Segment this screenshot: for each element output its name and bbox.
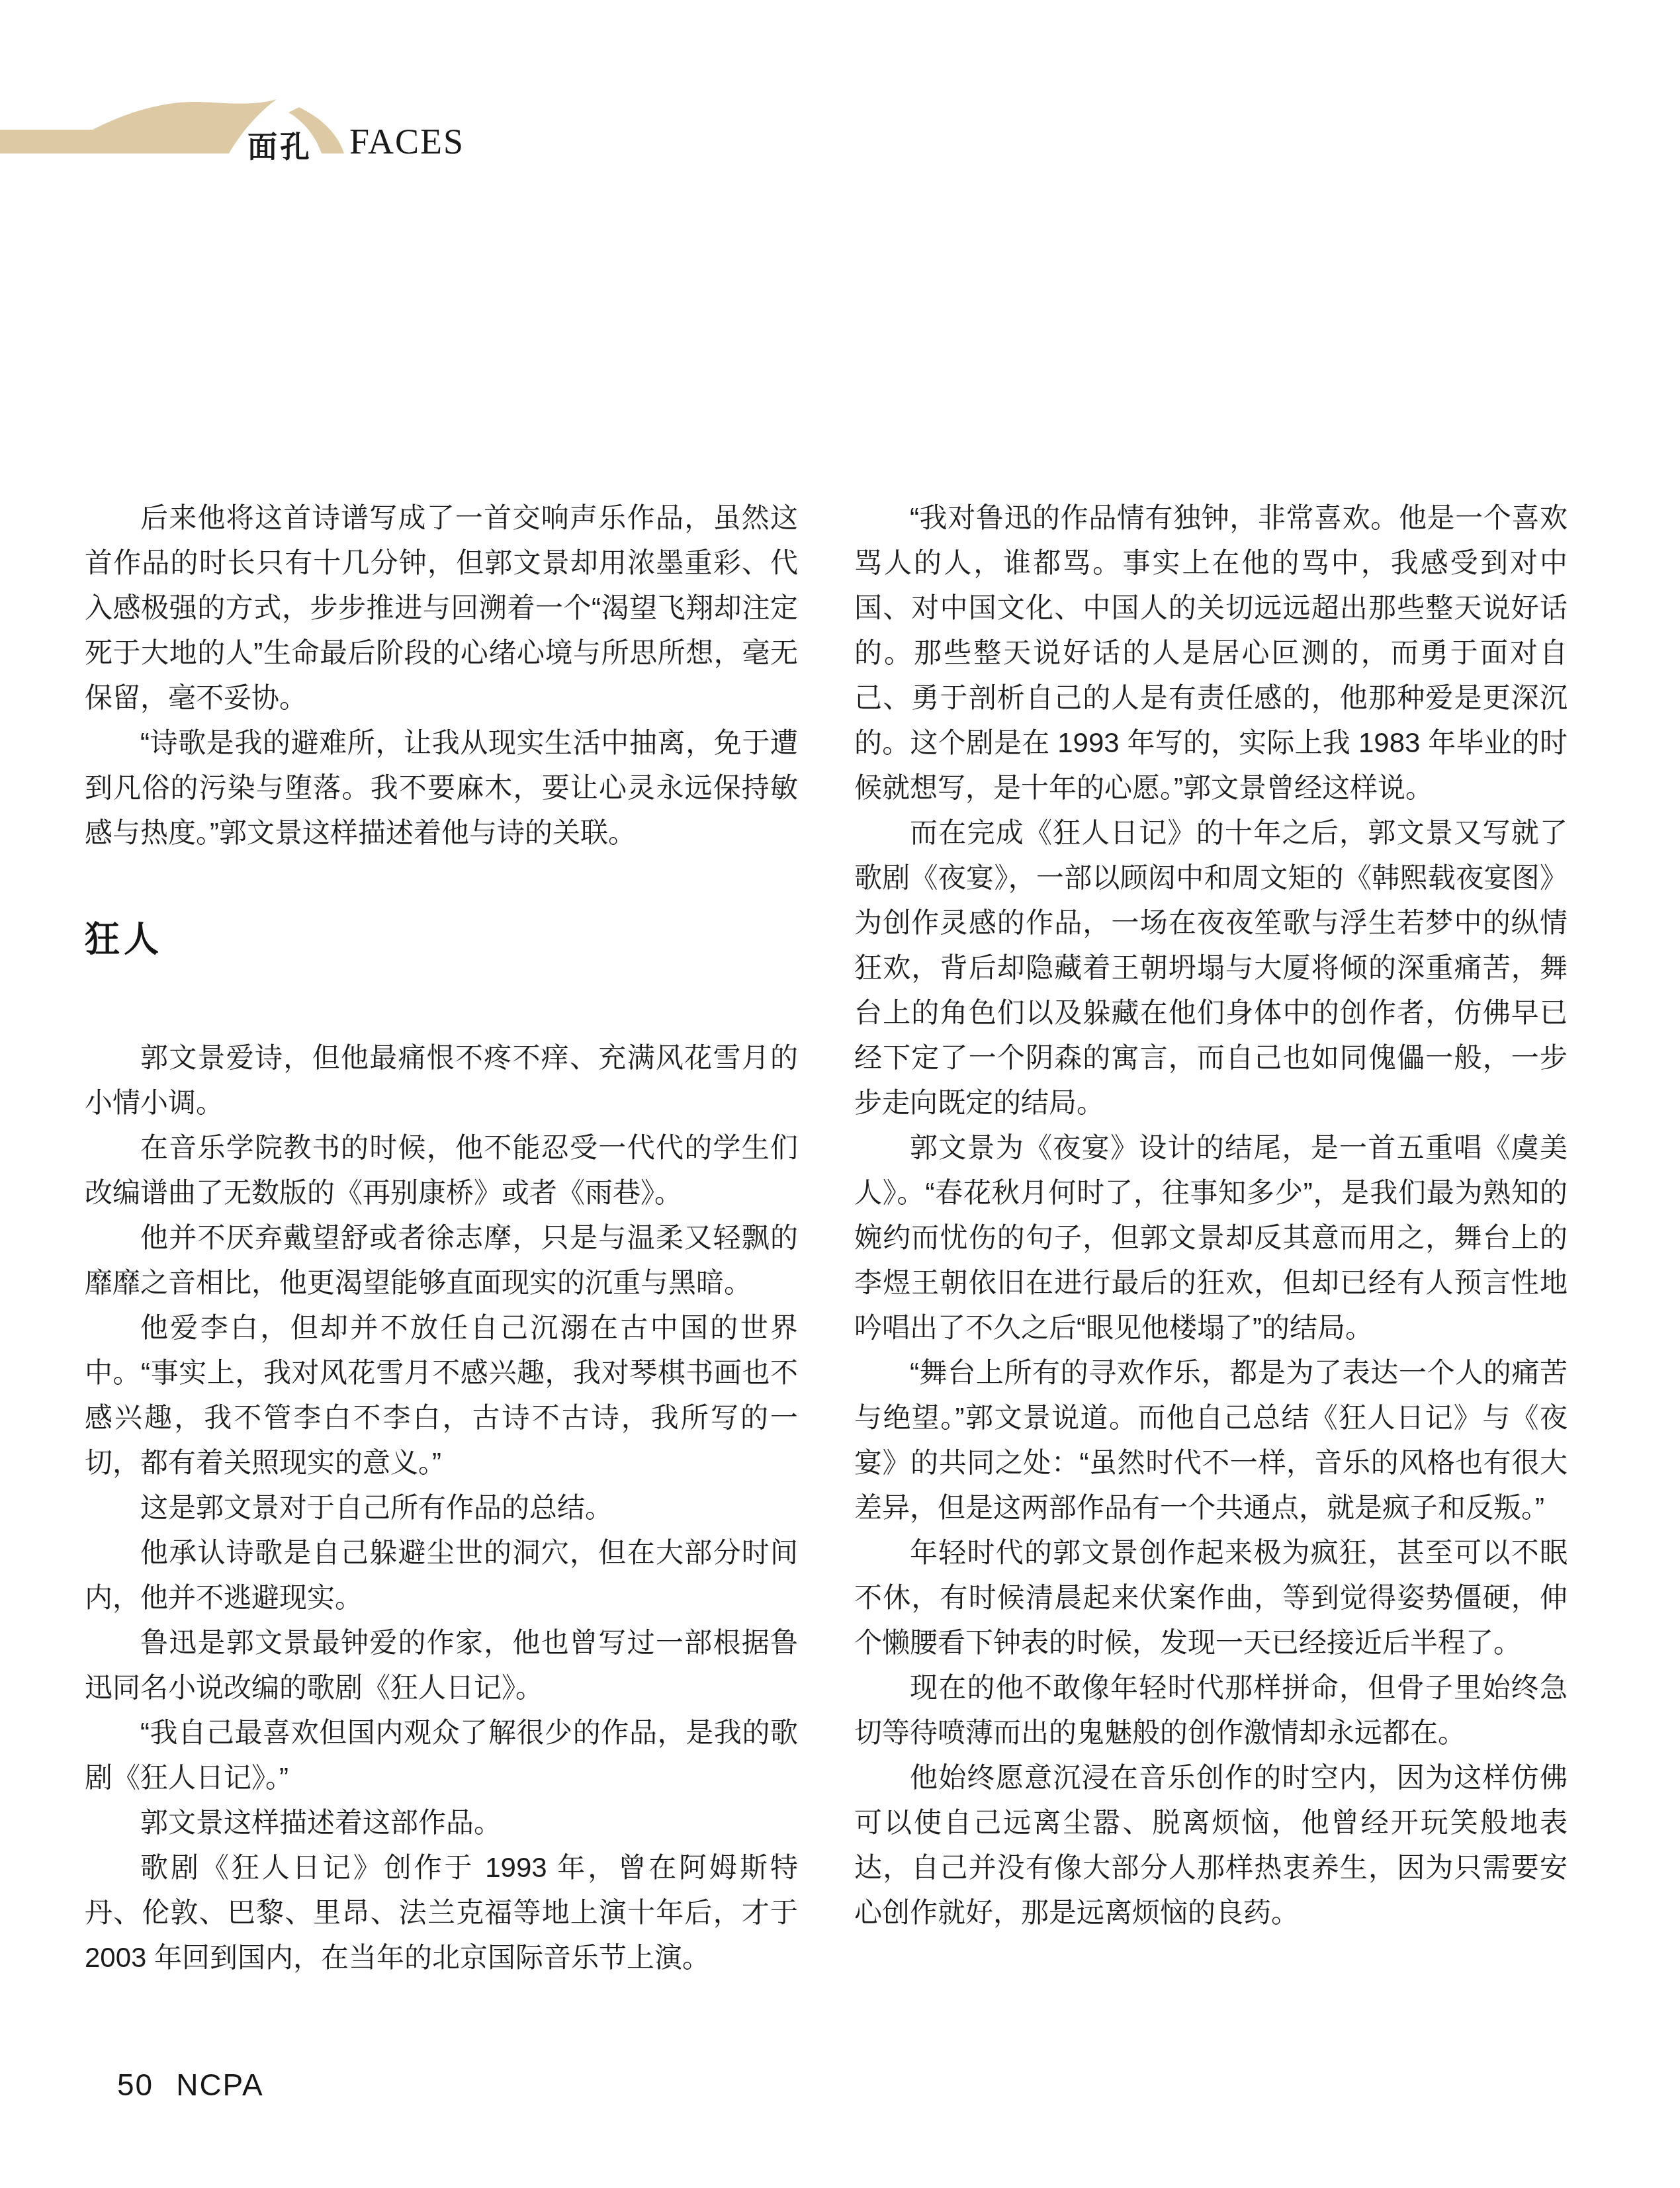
paragraph: 他爱李白，但却并不放任自己沉溺在古中国的世界中。“事实上，我对风花雪月不感兴趣，… (85, 1305, 798, 1485)
section-title-cn: 面孔 (247, 123, 312, 166)
paragraph: 年轻时代的郭文景创作起来极为疯狂，甚至可以不眠不休，有时候清晨起来伏案作曲，等到… (854, 1530, 1568, 1665)
left-column-body: 郭文景爱诗，但他最痛恨不疼不痒、充满风花雪月的小情小调。在音乐学院教书的时候，他… (85, 1035, 798, 1980)
section-title-en: FACES (349, 121, 464, 162)
page-number: 50 (117, 2068, 154, 2102)
swoosh-bar-and-hill (0, 99, 277, 153)
paragraph: 歌剧《狂人日记》创作于 1993 年，曾在阿姆斯特丹、伦敦、巴黎、里昂、法兰克福… (85, 1845, 798, 1980)
paragraph: 他始终愿意沉浸在音乐创作的时空内，因为这样仿佛可以使自己远离尘嚣、脱离烦恼，他曾… (854, 1755, 1568, 1935)
right-column: “我对鲁迅的作品情有独钟，非常喜欢。他是一个喜欢骂人的人，谁都骂。事实上在他的骂… (854, 496, 1568, 1935)
paragraph: 郭文景为《夜宴》设计的结尾，是一首五重唱《虞美人》。“春花秋月何时了，往事知多少… (854, 1125, 1568, 1350)
paragraph: 他承认诗歌是自己躲避尘世的洞穴，但在大部分时间内，他并不逃避现实。 (85, 1530, 798, 1620)
magazine-name: NCPA (176, 2068, 263, 2102)
paragraph: 鲁迅是郭文景最钟爱的作家，他也曾写过一部根据鲁迅同名小说改编的歌剧《狂人日记》。 (85, 1620, 798, 1710)
left-column-intro: 后来他将这首诗谱写成了一首交响声乐作品，虽然这首作品的时长只有十几分钟，但郭文景… (85, 496, 798, 855)
paragraph: “诗歌是我的避难所，让我从现实生活中抽离，免于遭到凡俗的污染与堕落。我不要麻木，… (85, 721, 798, 855)
paragraph: 而在完成《狂人日记》的十年之后，郭文景又写就了歌剧《夜宴》，一部以顾闳中和周文矩… (854, 810, 1568, 1125)
paragraph: “我自己最喜欢但国内观众了解很少的作品，是我的歌剧《狂人日记》。” (85, 1710, 798, 1800)
paragraph: “舞台上所有的寻欢作乐，都是为了表达一个人的痛苦与绝望。”郭文景说道。而他自己总… (854, 1350, 1568, 1530)
left-column: 后来他将这首诗谱写成了一首交响声乐作品，虽然这首作品的时长只有十几分钟，但郭文景… (85, 496, 798, 1980)
paragraph: 现在的他不敢像年轻时代那样拼命，但骨子里始终急切等待喷薄而出的鬼魅般的创作激情却… (854, 1665, 1568, 1755)
paragraph: 郭文景爱诗，但他最痛恨不疼不痒、充满风花雪月的小情小调。 (85, 1035, 798, 1125)
paragraph: 这是郭文景对于自己所有作品的总结。 (85, 1485, 798, 1530)
section-heading-madman: 狂人 (85, 922, 798, 959)
paragraph: “我对鲁迅的作品情有独钟，非常喜欢。他是一个喜欢骂人的人，谁都骂。事实上在他的骂… (854, 496, 1568, 810)
right-column-body: “我对鲁迅的作品情有独钟，非常喜欢。他是一个喜欢骂人的人，谁都骂。事实上在他的骂… (854, 496, 1568, 1935)
paragraph: 后来他将这首诗谱写成了一首交响声乐作品，虽然这首作品的时长只有十几分钟，但郭文景… (85, 496, 798, 721)
magazine-page: 面孔 FACES 后来他将这首诗谱写成了一首交响声乐作品，虽然这首作品的时长只有… (0, 0, 1680, 2188)
paragraph: 他并不厌弃戴望舒或者徐志摩，只是与温柔又轻飘的靡靡之音相比，他更渴望能够直面现实… (85, 1215, 798, 1305)
paragraph: 在音乐学院教书的时候，他不能忍受一代代的学生们改编谱曲了无数版的《再别康桥》或者… (85, 1125, 798, 1215)
footer: 50NCPA (117, 2068, 264, 2101)
paragraph: 郭文景这样描述着这部作品。 (85, 1800, 798, 1845)
